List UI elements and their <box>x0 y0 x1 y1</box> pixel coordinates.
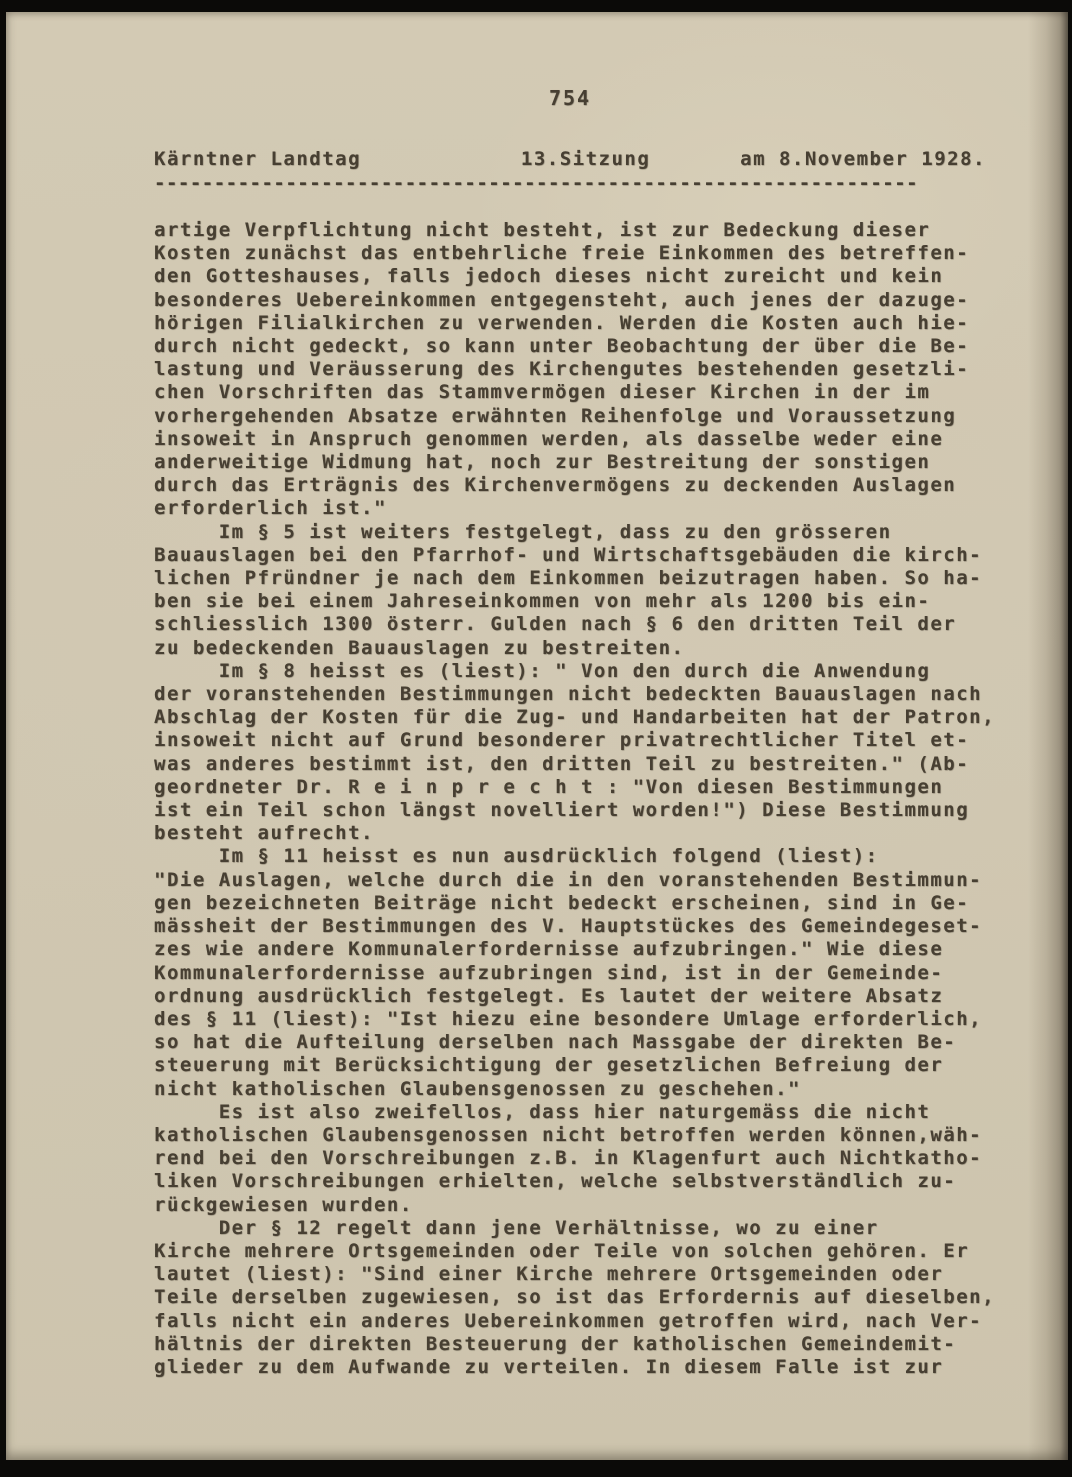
header-divider: ----------------------------------------… <box>154 172 918 194</box>
page-number: 754 <box>154 86 986 110</box>
header-title: Kärntner Landtag <box>154 148 361 170</box>
page-header: Kärntner Landtag 13.Sitzung am 8.Novembe… <box>154 148 986 170</box>
header-session: 13.Sitzung <box>521 148 650 170</box>
body-text: artige Verpflichtung nicht besteht, ist … <box>154 219 995 1379</box>
page-gutter-shadow <box>1028 12 1068 1460</box>
scan-border: { "document": { "page_number": "754", "h… <box>0 0 1072 1477</box>
document-page: 754 Kärntner Landtag 13.Sitzung am 8.Nov… <box>6 12 1068 1460</box>
header-date: am 8.November 1928. <box>740 148 986 170</box>
